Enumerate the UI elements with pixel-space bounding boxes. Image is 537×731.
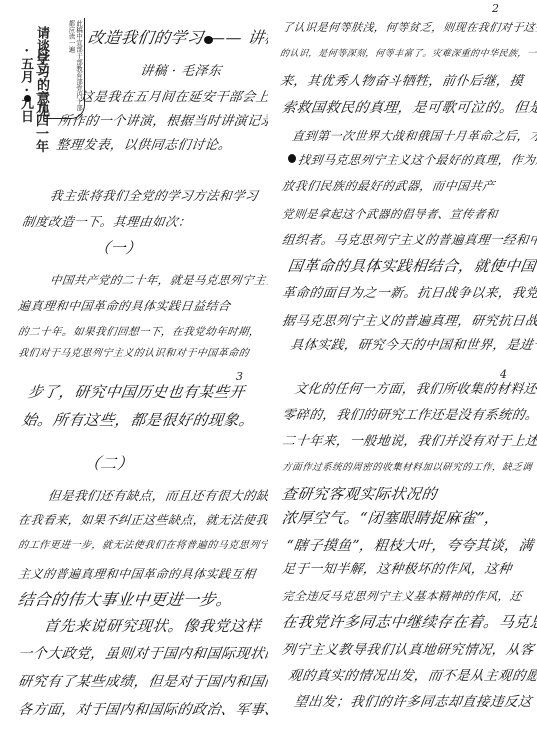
text-line: 始。所有这些，都是很好的现象。 xyxy=(21,410,256,430)
text-line: 中国共产党的二十年，就是马克思列宁主义的普 xyxy=(49,270,268,290)
text-line: 零碎的，我们的研究工作还是没有系统的。 xyxy=(281,406,537,426)
text-line: 整理发表，以供同志们讨论。 xyxy=(55,136,233,156)
text-line: 革命的面目为之一新。抗日战争以来，我党根 xyxy=(281,284,537,304)
section-heading-1: （一） xyxy=(94,238,143,258)
text-line: 研究有了某些成绩，但是对于国内和国际的 xyxy=(17,672,268,692)
text-line: 我主张将我们全党的学习方法和学习 xyxy=(49,186,260,206)
manuscript-subtitle: 讲稿 · 毛泽东 xyxy=(139,62,223,82)
text-line: 文化的任何一方面，我们所收集的材料还是 xyxy=(293,380,537,400)
text-line: 望出发；我们的许多同志却直接违反这 xyxy=(293,692,534,712)
text-line: 制度改造一下。其理由如次： xyxy=(21,212,193,232)
text-line: 各方面，对于国内和国际的政治、军事、经济、 xyxy=(17,700,268,720)
text-line: 具体实践，研究今天的中国和世界，是进一 xyxy=(289,336,537,356)
text-line: 遍真理和中国革命的具体实践日益结合 xyxy=(17,296,232,316)
ink-blot xyxy=(288,154,296,163)
text-line: 但是我们还有缺点，而且还有很大的缺点。 xyxy=(47,486,268,506)
text-line: 索救国救民的真理，是可歌可泣的。但是 xyxy=(281,98,537,118)
text-line: 在我看来，如果不纠正这些缺点，就无法使我们 xyxy=(17,510,268,530)
manuscript-title: 改造我们的学习 —— 讲稿 xyxy=(87,28,268,48)
text-line: 找到马克思列宁主义这个最好的真理，作为解 xyxy=(297,150,537,170)
text-line: 在我党许多同志中继续存在着。马克思 xyxy=(281,612,537,632)
manuscript-page-2: 2 了认识是何等肤浅，何等贫乏，则现在我们对于这些 的认识，是何等深刻，何等丰富… xyxy=(268,0,537,360)
text-line: 来，其优秀人物奋斗牺牲，前仆后继，摸 xyxy=(279,72,525,92)
text-line: 党则是拿起这个武器的倡导者、宣传者和 xyxy=(281,204,500,224)
text-line: 据马克思列宁主义的普遍真理，研究抗日战争的 xyxy=(281,312,537,332)
text-line: 我们对于马克思列宁主义的认识和对于中国革命的 xyxy=(17,344,251,360)
section-heading-2: （二） xyxy=(83,454,135,474)
text-line: 列宁主义教导我们认真地研究情况，从客 xyxy=(281,640,536,660)
manuscript-page-3: 3 步了，研究中国历史也有某些开 始。所有这些，都是很好的现象。 （二） 但是我… xyxy=(0,360,268,731)
text-line: 组织者。马克思列宁主义的普遍真理一经和中 xyxy=(281,230,537,250)
text-line: 查研究客观实际状况的 xyxy=(281,484,439,504)
text-line: 这是我在五月间在延安干部会上 xyxy=(79,88,268,108)
text-line: 所作的一个讲演，根据当时讲演记录， xyxy=(57,112,268,132)
ink-blot xyxy=(24,95,31,102)
manuscript-page-1: 日立 · 一九四一年 · 五月 · 九日 请谈学习的意见 此稿中宣部干部教育部党… xyxy=(0,0,268,360)
manuscript-page-4: 4 文化的任何一方面，我们所收集的材料还是 零碎的，我们的研究工作还是没有系统的… xyxy=(268,360,537,731)
text-line: 结合的伟大事业中更进一步。 xyxy=(17,590,234,610)
text-line: 国革命的具体实践相结合，就使中国 xyxy=(287,256,537,276)
text-line: 二十年来，一般地说，我们并没有对于上述各 xyxy=(281,432,537,452)
text-line: 直到第一次世界大战和俄国十月革命之后，才 xyxy=(291,126,537,146)
text-line: 方面作过系统的周密的收集材料加以研究的工作，缺乏调 xyxy=(281,458,534,478)
text-line: 足于一知半解，这种极坏的作风，这种 xyxy=(281,560,513,580)
text-line: 观的真实的情况出发，而不是从主观的愿 xyxy=(287,666,537,686)
text-line: 的工作更进一步，就无法使我们在将普遍的马克思列宁 xyxy=(17,536,268,556)
text-line: “瞎子摸鱼”，粗枝大叶，夸夸其谈，满 xyxy=(285,536,535,556)
text-line: 一个大政党，虽则对于国内和国际现状的 xyxy=(17,644,268,664)
text-line: 主义的普遍真理和中国革命的具体实践互相 xyxy=(17,564,257,584)
text-line: 了认识是何等肤浅，何等贫乏，则现在我们对于这些 xyxy=(281,18,537,38)
text-line: 的二十年。如果我们回想一下，在我党幼年时期， xyxy=(17,322,262,342)
text-line: 完全违反马克思列宁主义基本精神的作风，还 xyxy=(281,586,524,606)
text-line: 的认识，是何等深刻，何等丰富了。灾难深重的中华民族，一百年 xyxy=(279,44,537,64)
text-line: 步了，研究中国历史也有某些开 xyxy=(27,382,247,402)
text-line: 放我们民族的最好的武器，而中国共产 xyxy=(281,176,496,196)
text-line: 浓厚空气。“闭塞眼睛捉麻雀”， xyxy=(281,508,502,528)
page-number: 2 xyxy=(492,2,499,15)
ink-blot xyxy=(204,36,213,44)
text-line: 首先来说研究现状。像我党这样 xyxy=(43,616,263,636)
